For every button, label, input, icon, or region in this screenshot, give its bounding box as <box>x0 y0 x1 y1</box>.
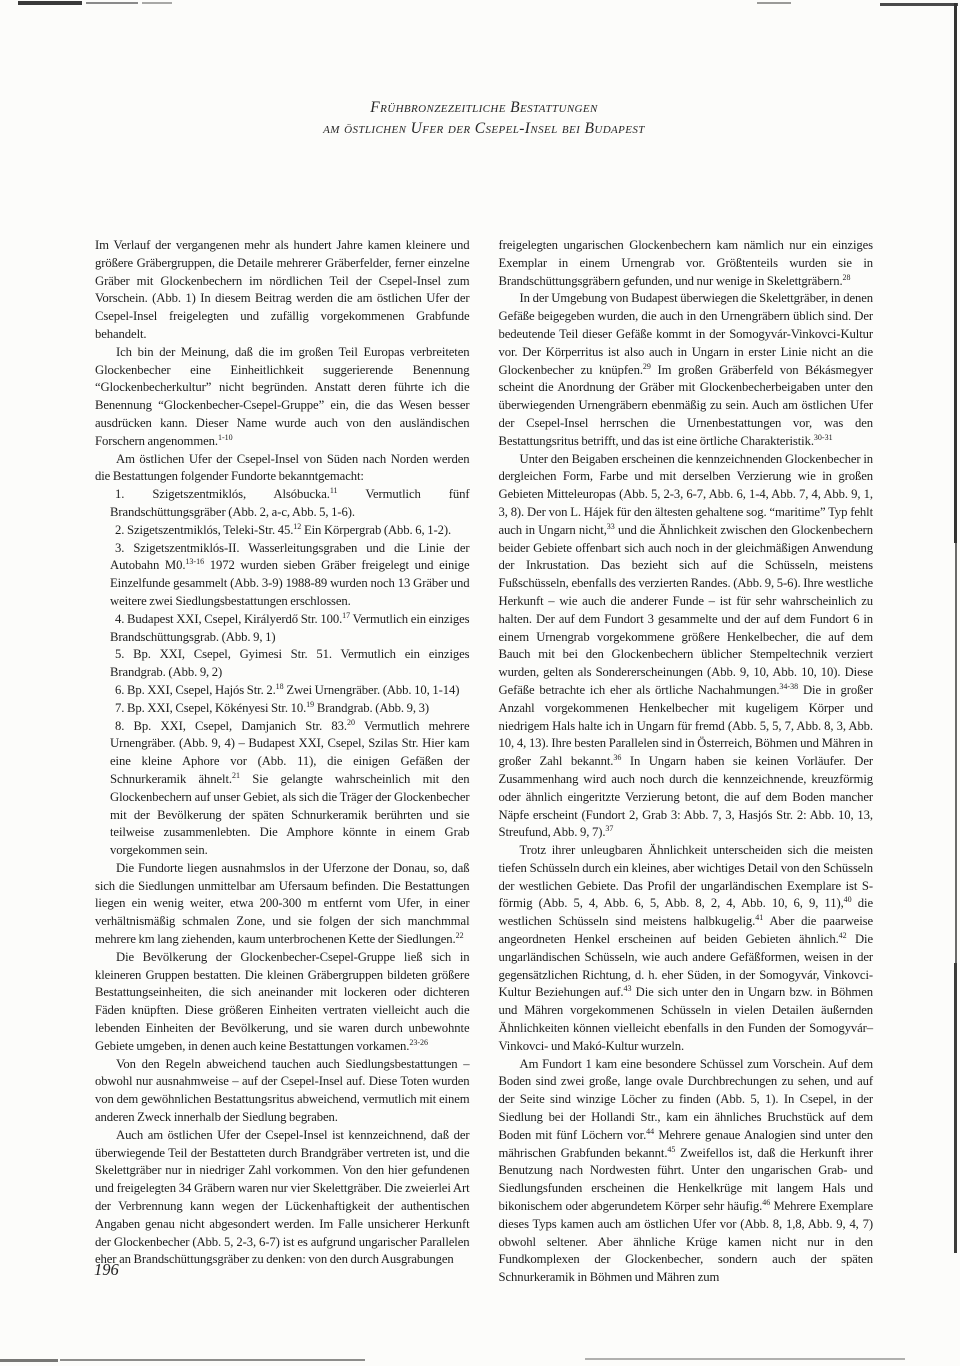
article-body: Im Verlauf der vergangenen mehr als hund… <box>95 237 873 1287</box>
footnote-reference: 41 <box>755 913 763 922</box>
numbered-list-item: 8. Bp. XXI, Csepel, Damjanich Str. 83.20… <box>95 718 470 860</box>
paper-title-line-2: am östlichen Ufer der Csepel-Insel bei B… <box>95 118 873 139</box>
footnote-reference: 19 <box>306 699 314 708</box>
footnote-reference: 40 <box>844 895 852 904</box>
numbered-list-item: 3. Szigetszentmiklós-II. Wasserleitungsg… <box>95 540 470 611</box>
numbered-list-item: 2. Szigetszentmiklós, Teleki-Str. 45.12 … <box>95 522 470 540</box>
right-column: freigelegten ungarischen Glockenbechern … <box>499 237 874 1287</box>
body-paragraph: In der Umgebung von Budapest überwiegen … <box>499 290 874 450</box>
body-paragraph: Auch am östlichen Ufer der Csepel-Insel … <box>95 1127 470 1269</box>
footnote-reference: 1-10 <box>218 433 233 442</box>
footnote-reference: 29 <box>643 361 651 370</box>
footnote-reference: 12 <box>293 522 301 531</box>
body-paragraph: Am Fundort 1 kam eine besondere Schüssel… <box>499 1056 874 1287</box>
body-paragraph: Unter den Beigaben erscheinen die kennze… <box>499 451 874 843</box>
footnote-reference: 34-38 <box>779 682 798 691</box>
footnote-reference: 18 <box>276 682 284 691</box>
footnote-reference: 22 <box>456 931 464 940</box>
body-paragraph: freigelegten ungarischen Glockenbechern … <box>499 237 874 290</box>
body-paragraph: Ich bin der Meinung, daß die im großen T… <box>95 344 470 451</box>
footnote-reference: 13-16 <box>185 557 204 566</box>
left-column: Im Verlauf der vergangenen mehr als hund… <box>95 237 470 1287</box>
footnote-reference: 11 <box>330 486 338 495</box>
footnote-reference: 46 <box>762 1198 770 1207</box>
scan-mark-top-left-3 <box>142 2 172 4</box>
footnote-reference: 20 <box>347 717 355 726</box>
footnote-reference: 33 <box>607 522 615 531</box>
body-paragraph: Im Verlauf der vergangenen mehr als hund… <box>95 237 470 344</box>
footnote-reference: 45 <box>667 1144 675 1153</box>
scan-mark-bottom-center <box>60 1359 365 1361</box>
body-paragraph: Die Bevölkerung der Glockenbecher-Csepel… <box>95 949 470 1056</box>
scan-mark-bottom-right <box>585 1358 905 1360</box>
numbered-list-item: 4. Budapest XXI, Csepel, Királyerdő Str.… <box>95 611 470 647</box>
body-paragraph: Trotz ihrer unleugbaren Ähnlichkeit unte… <box>499 842 874 1056</box>
footnote-reference: 30-31 <box>814 433 833 442</box>
scan-mark-bottom-left <box>0 1359 58 1362</box>
body-paragraph: Die Fundorte liegen ausnahmslos in der U… <box>95 860 470 949</box>
scan-mark-top-right <box>880 3 958 6</box>
scanned-paper-page: Frühbronzezeitliche Bestattungen am östl… <box>0 0 960 1366</box>
paper-title: Frühbronzezeitliche Bestattungen am östl… <box>95 97 873 139</box>
scan-edge-right-upper <box>954 3 957 543</box>
footnote-reference: 44 <box>646 1127 654 1136</box>
footnote-reference: 17 <box>342 611 350 620</box>
numbered-list-item: 6. Bp. XXI, Csepel, Hajós Str. 2.18 Zwei… <box>95 682 470 700</box>
body-paragraph: Am östlichen Ufer der Csepel-Insel von S… <box>95 451 470 487</box>
footnote-reference: 23-26 <box>409 1038 428 1047</box>
body-paragraph: Von den Regeln abweichend tauchen auch S… <box>95 1056 470 1127</box>
footnote-reference: 28 <box>843 272 851 281</box>
scan-edge-right-lower <box>954 963 957 1253</box>
footnote-reference: 37 <box>605 824 613 833</box>
numbered-list-item: 1. Szigetszentmiklós, Alsóbucka.11 Vermu… <box>95 486 470 522</box>
scan-mark-top-left <box>18 1 82 5</box>
numbered-list-item: 5. Bp. XXI, Csepel, Gyimesi Str. 51. Ver… <box>95 646 470 682</box>
footnote-reference: 21 <box>232 771 240 780</box>
footnote-reference: 42 <box>839 931 847 940</box>
numbered-list-item: 7. Bp. XXI, Csepel, Kökényesi Str. 10.19… <box>95 700 470 718</box>
footnote-reference: 43 <box>623 984 631 993</box>
paper-title-line-1: Frühbronzezeitliche Bestattungen <box>95 97 873 118</box>
scan-edge-right-middle <box>955 543 957 963</box>
page-number: 196 <box>94 1260 119 1280</box>
scan-mark-top-right-small <box>757 2 791 4</box>
footnote-reference: 36 <box>613 753 621 762</box>
scan-mark-top-left-2 <box>86 2 138 4</box>
